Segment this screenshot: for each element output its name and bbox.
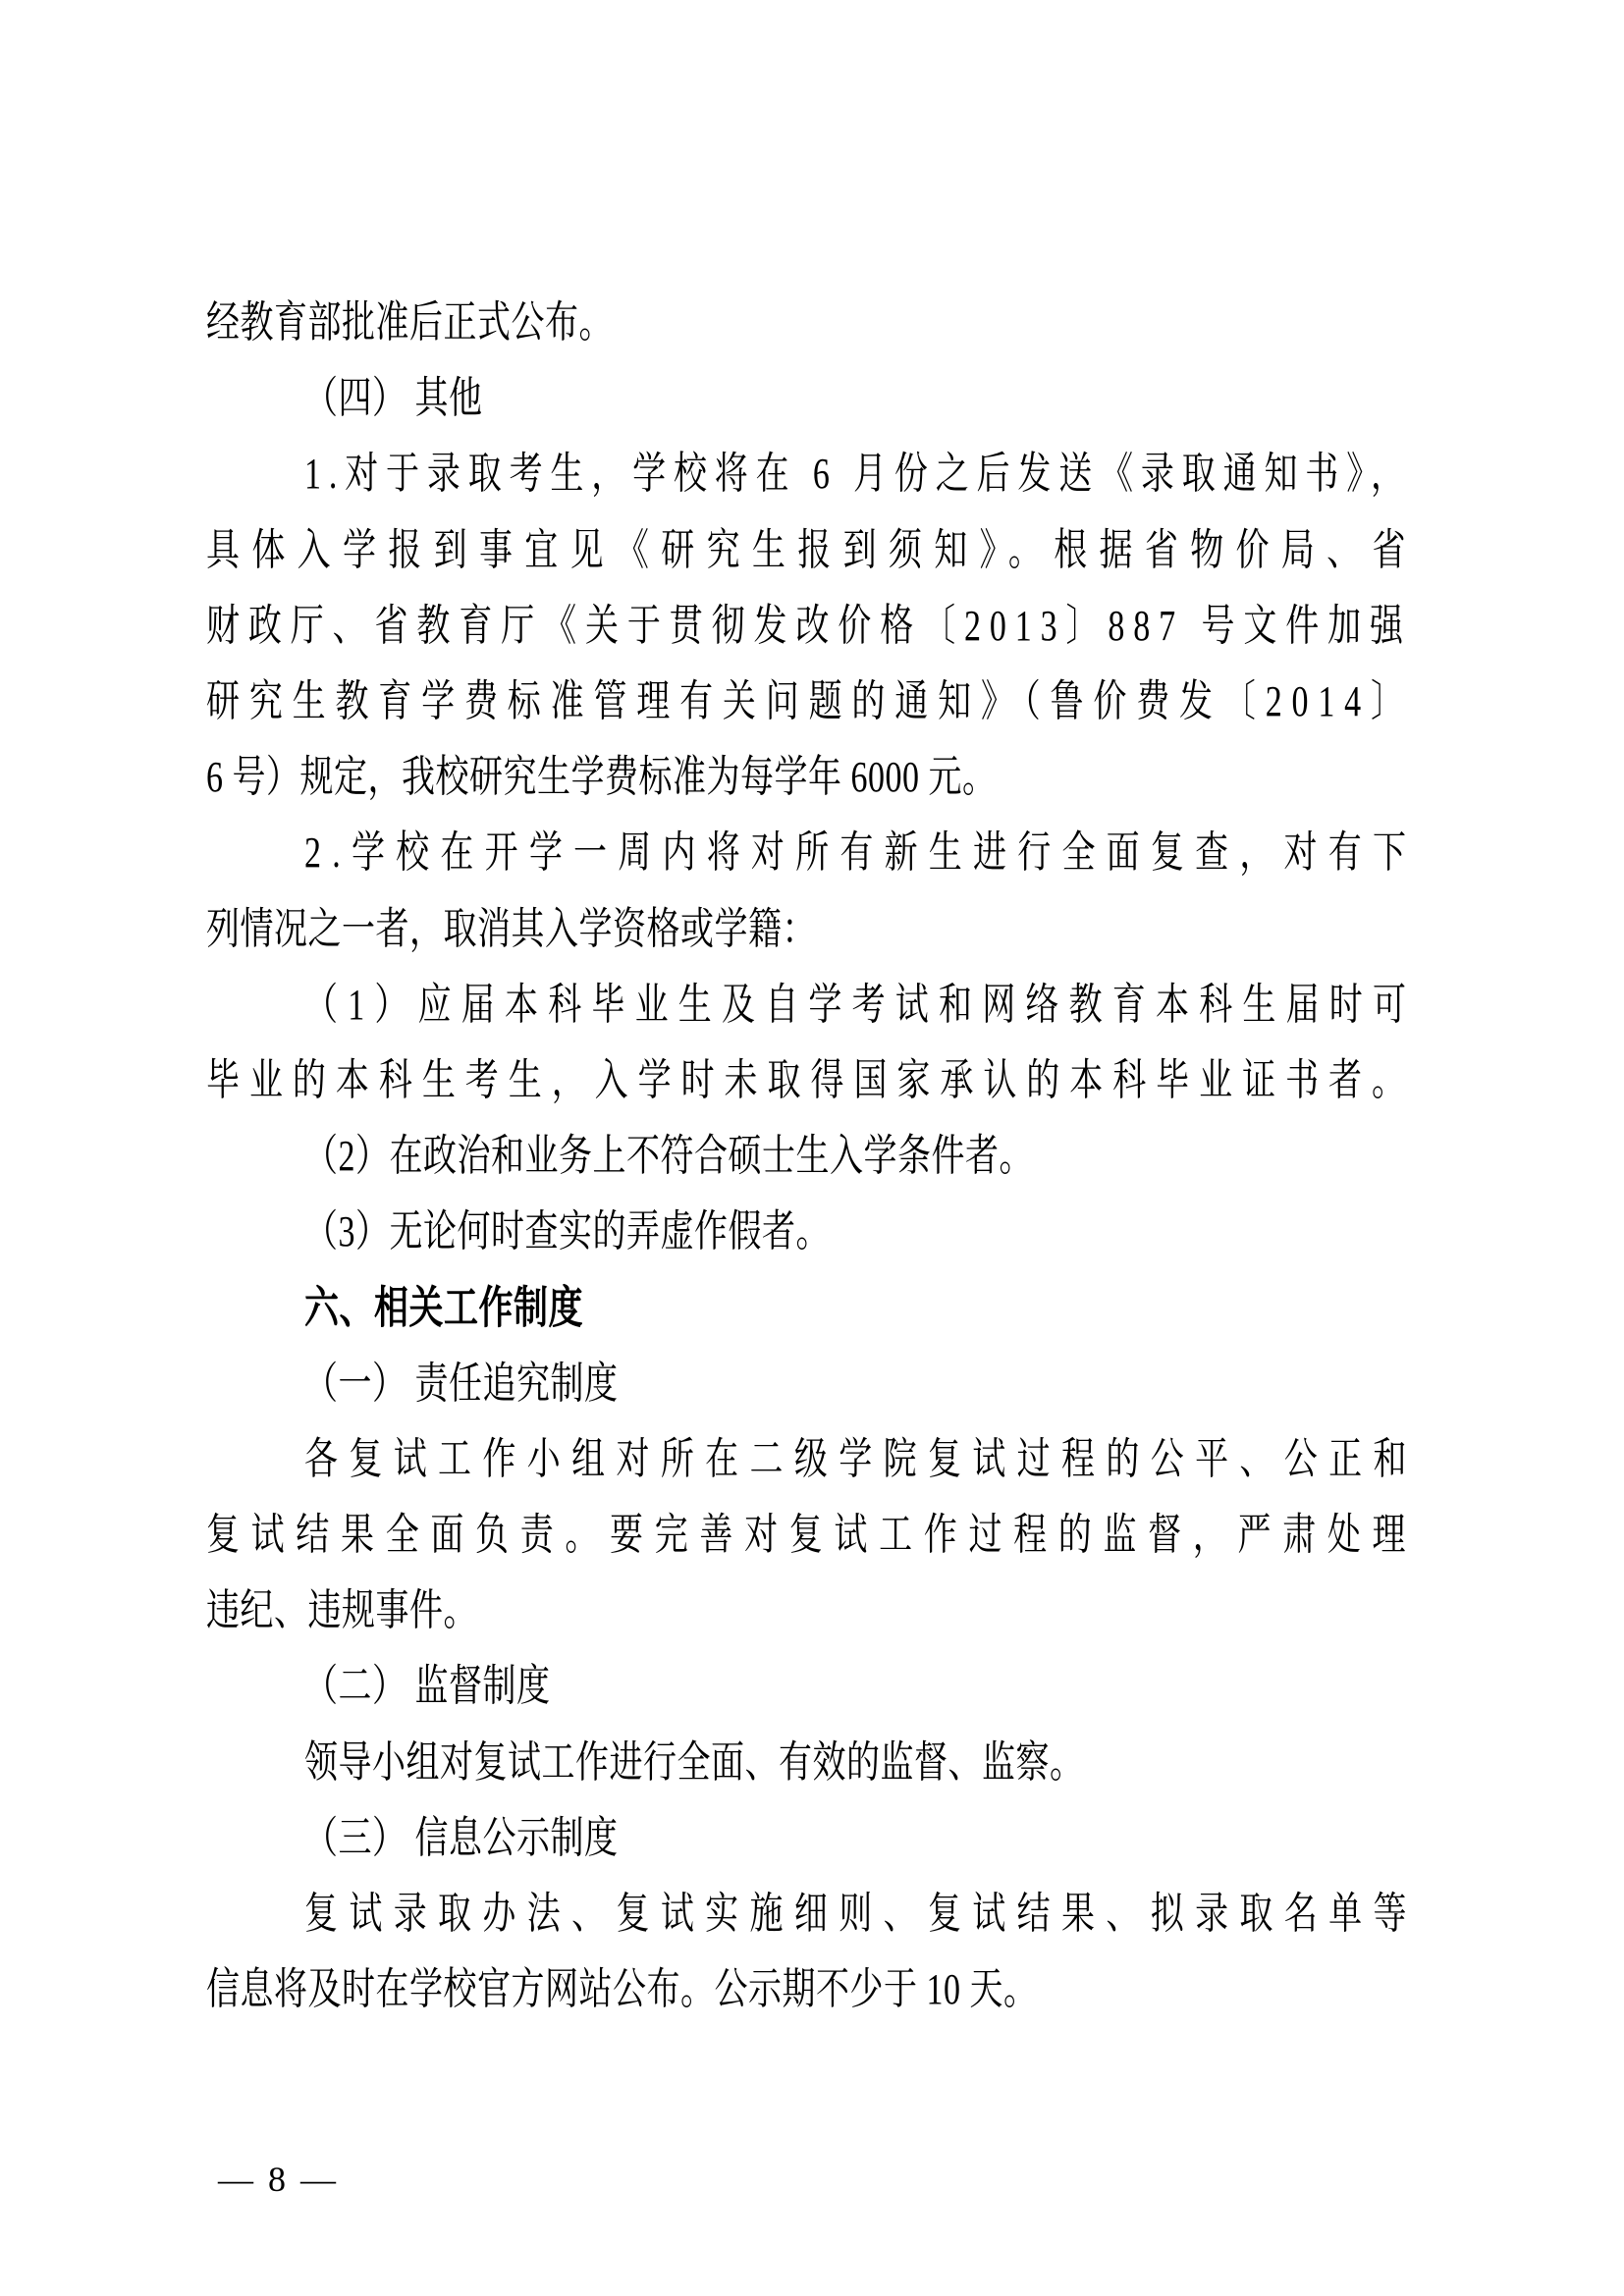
body-text-line: 信息将及时在学校官方网站公布。公示期不少于 10 天。 — [206, 1942, 1419, 2040]
document-page: 经教育部批准后正式公布。（四） 其他1.对于录取考生，学校将在 6 月份之后发送… — [0, 0, 1624, 2296]
document-body: 经教育部批准后正式公布。（四） 其他1.对于录取考生，学校将在 6 月份之后发送… — [206, 286, 1419, 2028]
page-number: — 8 — — [218, 2158, 339, 2201]
